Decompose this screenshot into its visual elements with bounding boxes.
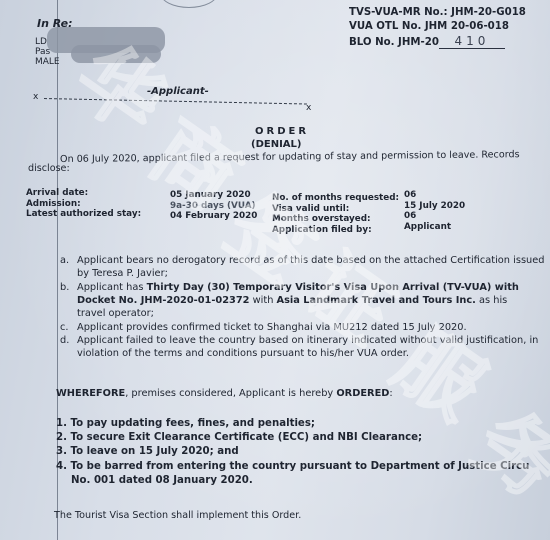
docket-number: Docket No. JHM-2020-01-02372: [77, 295, 250, 306]
order-item-text: To secure Exit Clearance Certificate (EC…: [71, 432, 423, 443]
vua-otl-number: VUA OTL No. JHM 20-06-018: [349, 20, 526, 34]
finding-d-line-1: Applicant failed to leave the country ba…: [77, 335, 538, 346]
order-item-3: 3. To leave on 15 July 2020; and: [56, 445, 239, 459]
finding-b-visa-type: Thirty Day (30) Temporary Visitor's Visa…: [147, 282, 519, 293]
value-application-filed-by: Applicant: [404, 222, 465, 233]
finding-b-text: Applicant has: [77, 282, 147, 293]
wherefore-clause: WHEREFORE, premises considered, Applican…: [56, 388, 393, 399]
list-marker: a.: [60, 254, 69, 267]
list-marker: 3.: [56, 446, 67, 457]
redaction-mosaic: [71, 45, 161, 63]
order-subtitle: (DENIAL): [251, 139, 301, 150]
facts-left-labels: Arrival date: Admission: Latest authoriz…: [26, 188, 141, 220]
list-marker: 4.: [56, 461, 67, 472]
label-application-filed-by: Application filed by:: [272, 225, 399, 236]
finding-c: c. Applicant provides confirmed ticket t…: [77, 321, 467, 334]
facts-left-values: 05 January 2020 9a-30 days (VUA) 04 Febr…: [170, 190, 257, 222]
order-item-4-cont: No. 001 dated 08 January 2020.: [71, 474, 253, 488]
finding-a-line-1: Applicant bears no derogatory record as …: [77, 255, 545, 266]
wherefore-text: , premises considered, Applicant is here…: [125, 388, 336, 399]
redacted-line-1: LD: [35, 37, 47, 47]
finding-b-cont-2: travel operator;: [77, 307, 154, 320]
order-item-4: 4. To be barred from entering the countr…: [56, 460, 529, 474]
margin-line: [57, 0, 58, 540]
finding-b: b. Applicant has Thirty Day (30) Tempora…: [77, 281, 519, 294]
facts-right-labels: No. of months requested: Visa valid unti…: [272, 193, 399, 235]
finding-b-cont: Docket No. JHM-2020-01-02372 with Asia L…: [77, 294, 507, 307]
blo-prefix: BLO No. JHM-20: [349, 37, 439, 48]
list-marker: c.: [60, 321, 69, 334]
list-marker: 1.: [56, 418, 67, 429]
closing-statement: The Tourist Visa Section shall implement…: [54, 510, 301, 521]
order-item-text: To pay updating fees, fines, and penalti…: [71, 418, 315, 429]
wherefore-colon: :: [389, 388, 392, 399]
order-item-text: To leave on 15 July 2020; and: [71, 446, 239, 457]
signature-line-start: x: [33, 92, 38, 102]
redacted-line-3: MALE: [35, 57, 60, 67]
label-arrival-date: Arrival date:: [26, 188, 141, 199]
wherefore-keyword: WHEREFORE: [56, 388, 125, 399]
finding-c-text: Applicant provides confirmed ticket to S…: [77, 322, 467, 333]
finding-a-cont: by Teresa P. Javier;: [77, 267, 168, 280]
label-months-overstayed: Months overstayed:: [272, 214, 399, 225]
value-admission: 9a-30 days (VUA): [170, 201, 257, 212]
ordered-keyword: ORDERED: [336, 388, 389, 399]
label-visa-valid-until: Visa valid until:: [272, 204, 399, 215]
finding-d: d. Applicant failed to leave the country…: [77, 334, 538, 347]
signature-line-end: x: [306, 103, 311, 113]
finding-b-text: as his: [476, 295, 507, 306]
finding-b-text: with: [250, 295, 277, 306]
list-marker: b.: [60, 281, 69, 294]
value-months-requested: 06: [404, 190, 465, 201]
label-admission: Admission:: [26, 199, 141, 210]
list-marker: 2.: [56, 432, 67, 443]
reference-numbers: TVS-VUA-MR No.: JHM-20-G018 VUA OTL No. …: [349, 6, 526, 50]
value-months-overstayed: 06: [404, 211, 465, 222]
redacted-applicant-info: LD Pas MALE: [33, 27, 168, 71]
facts-right-values: 06 15 July 2020 06 Applicant: [404, 190, 465, 232]
list-marker: d.: [60, 334, 69, 347]
value-visa-valid-until: 15 July 2020: [404, 201, 465, 212]
blo-number: BLO No. JHM-20410: [349, 34, 526, 50]
order-title: ORDER: [255, 126, 309, 137]
order-item-text: To be barred from entering the country p…: [71, 461, 530, 472]
intro-paragraph-line-2: disclose:: [28, 163, 70, 174]
finding-d-cont: violation of the terms and conditions pu…: [77, 347, 409, 360]
applicant-label: -Applicant-: [147, 86, 209, 97]
label-latest-authorized-stay: Latest authorized stay:: [26, 209, 141, 220]
order-item-2: 2. To secure Exit Clearance Certificate …: [56, 431, 422, 445]
finding-a: a. Applicant bears no derogatory record …: [77, 254, 545, 267]
label-months-requested: No. of months requested:: [272, 193, 399, 204]
value-arrival-date: 05 January 2020: [170, 190, 257, 201]
blo-handwritten-number: 410: [439, 34, 505, 49]
value-latest-authorized-stay: 04 February 2020: [170, 211, 257, 222]
travel-operator-name: Asia Landmark Travel and Tours Inc.: [277, 295, 476, 306]
tvs-vua-mr-number: TVS-VUA-MR No.: JHM-20-G018: [349, 6, 526, 20]
order-item-1: 1. To pay updating fees, fines, and pena…: [56, 417, 315, 431]
